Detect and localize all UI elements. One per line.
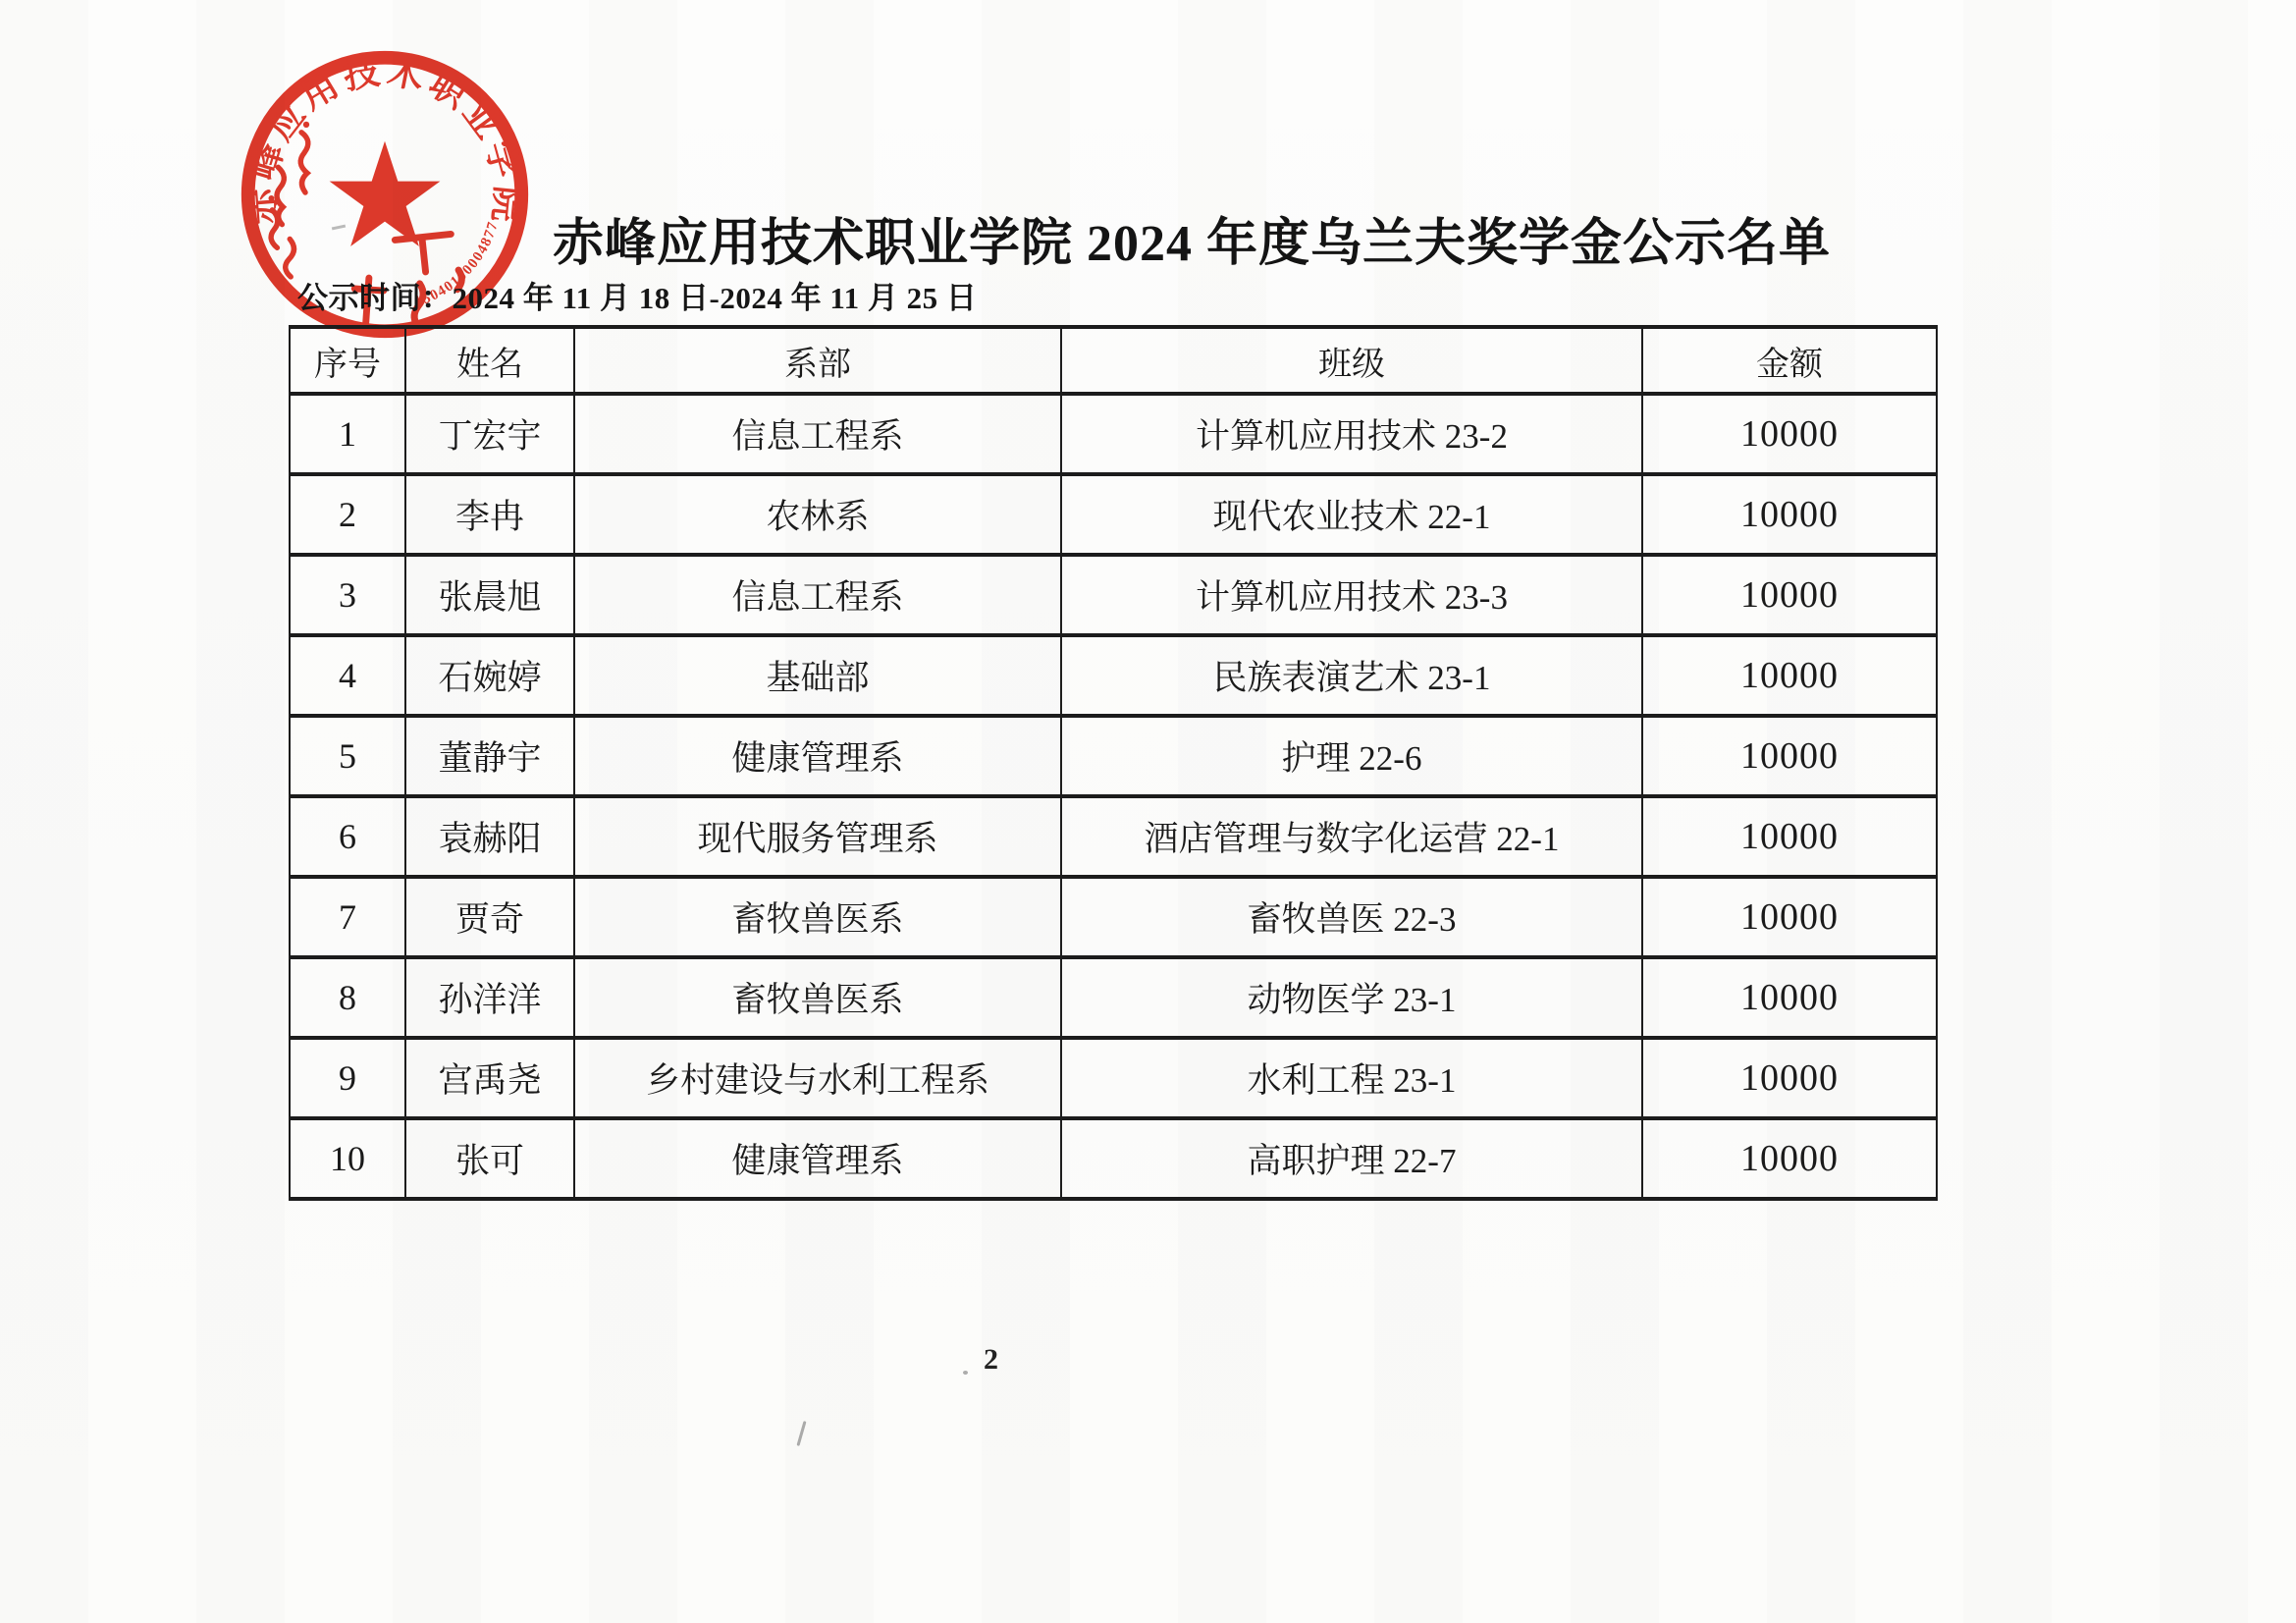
cell-name: 丁宏宇 (405, 394, 574, 474)
cell-class: 酒店管理与数字化运营 22-1 (1061, 796, 1642, 877)
cell-class: 动物医学 23-1 (1061, 957, 1642, 1038)
cell-department: 现代服务管理系 (574, 796, 1061, 877)
cell-department: 畜牧兽医系 (574, 957, 1061, 1038)
cell-department: 信息工程系 (574, 394, 1061, 474)
scholarship-table: 序号 姓名 系部 班级 金额 1 丁宏宇 信息工程系 计算机应用技术 23-2 … (289, 325, 1938, 1201)
cell-amount: 10000 (1642, 394, 1937, 474)
cell-amount: 10000 (1642, 877, 1937, 957)
table-row: 7 贾奇 畜牧兽医系 畜牧兽医 22-3 10000 (290, 877, 1937, 957)
header-cell-department: 系部 (574, 327, 1061, 394)
page-number: 2 (984, 1343, 998, 1377)
cell-name: 张晨旭 (405, 555, 574, 635)
cell-class: 现代农业技术 22-1 (1061, 474, 1642, 555)
seal-star (330, 141, 441, 246)
cell-class: 护理 22-6 (1061, 716, 1642, 796)
table-row: 1 丁宏宇 信息工程系 计算机应用技术 23-2 10000 (290, 394, 1937, 474)
scan-artifact-slash (796, 1421, 806, 1446)
header-cell-index: 序号 (290, 327, 405, 394)
cell-index: 6 (290, 796, 405, 877)
cell-class: 民族表演艺术 23-1 (1061, 635, 1642, 716)
cell-amount: 10000 (1642, 474, 1937, 555)
cell-index: 1 (290, 394, 405, 474)
cell-index: 10 (290, 1118, 405, 1199)
cell-amount: 10000 (1642, 957, 1937, 1038)
page-title: 赤峰应用技术职业学院 2024 年度乌兰夫奖学金公示名单 (553, 201, 1831, 275)
table-row: 10 张可 健康管理系 高职护理 22-7 10000 (290, 1118, 1937, 1199)
table-row: 5 董静宇 健康管理系 护理 22-6 10000 (290, 716, 1937, 796)
cell-class: 水利工程 23-1 (1061, 1038, 1642, 1118)
table-row: 9 宫禹尧 乡村建设与水利工程系 水利工程 23-1 10000 (290, 1038, 1937, 1118)
cell-amount: 10000 (1642, 716, 1937, 796)
cell-amount: 10000 (1642, 635, 1937, 716)
table-row: 3 张晨旭 信息工程系 计算机应用技术 23-3 10000 (290, 555, 1937, 635)
cell-amount: 10000 (1642, 555, 1937, 635)
cell-department: 农林系 (574, 474, 1061, 555)
seal-mongolian-script (269, 122, 310, 277)
cell-name: 石婉婷 (405, 635, 574, 716)
cell-name: 董静宇 (405, 716, 574, 796)
table-row: 4 石婉婷 基础部 民族表演艺术 23-1 10000 (290, 635, 1937, 716)
cell-department: 信息工程系 (574, 555, 1061, 635)
cell-name: 袁赫阳 (405, 796, 574, 877)
header-cell-amount: 金额 (1642, 327, 1937, 394)
seal-organization-arc-text: 赤峰应用技术职业学院 (240, 50, 529, 229)
cell-class: 高职护理 22-7 (1061, 1118, 1642, 1199)
header-cell-name: 姓名 (405, 327, 574, 394)
cell-class: 畜牧兽医 22-3 (1061, 877, 1642, 957)
scan-artifact-dot (963, 1371, 968, 1375)
cell-name: 张可 (405, 1118, 574, 1199)
table-body: 1 丁宏宇 信息工程系 计算机应用技术 23-2 10000 2 李冉 农林系 … (290, 394, 1937, 1199)
cell-name: 孙洋洋 (405, 957, 574, 1038)
cell-name: 李冉 (405, 474, 574, 555)
cell-index: 9 (290, 1038, 405, 1118)
cell-index: 2 (290, 474, 405, 555)
cell-amount: 10000 (1642, 796, 1937, 877)
publication-period: 公示时间：2024 年 11 月 18 日-2024 年 11 月 25 日 (297, 273, 977, 317)
cell-name: 贾奇 (405, 877, 574, 957)
scanned-document-page: 赤峰应用技术职业学院 15040100004877 赤峰应用技术职业学院 202… (0, 0, 2296, 1623)
cell-department: 乡村建设与水利工程系 (574, 1038, 1061, 1118)
table-row: 6 袁赫阳 现代服务管理系 酒店管理与数字化运营 22-1 10000 (290, 796, 1937, 877)
scan-artifact-dash (332, 225, 346, 231)
cell-index: 7 (290, 877, 405, 957)
cell-name: 宫禹尧 (405, 1038, 574, 1118)
cell-index: 8 (290, 957, 405, 1038)
cell-department: 健康管理系 (574, 716, 1061, 796)
cell-department: 基础部 (574, 635, 1061, 716)
header-cell-class: 班级 (1061, 327, 1642, 394)
cell-department: 健康管理系 (574, 1118, 1061, 1199)
table-row: 8 孙洋洋 畜牧兽医系 动物医学 23-1 10000 (290, 957, 1937, 1038)
cell-amount: 10000 (1642, 1118, 1937, 1199)
table-row: 2 李冉 农林系 现代农业技术 22-1 10000 (290, 474, 1937, 555)
cell-index: 4 (290, 635, 405, 716)
cell-class: 计算机应用技术 23-3 (1061, 555, 1642, 635)
cell-index: 5 (290, 716, 405, 796)
cell-department: 畜牧兽医系 (574, 877, 1061, 957)
table-header-row: 序号 姓名 系部 班级 金额 (290, 327, 1937, 394)
cell-class: 计算机应用技术 23-2 (1061, 394, 1642, 474)
cell-index: 3 (290, 555, 405, 635)
cell-amount: 10000 (1642, 1038, 1937, 1118)
